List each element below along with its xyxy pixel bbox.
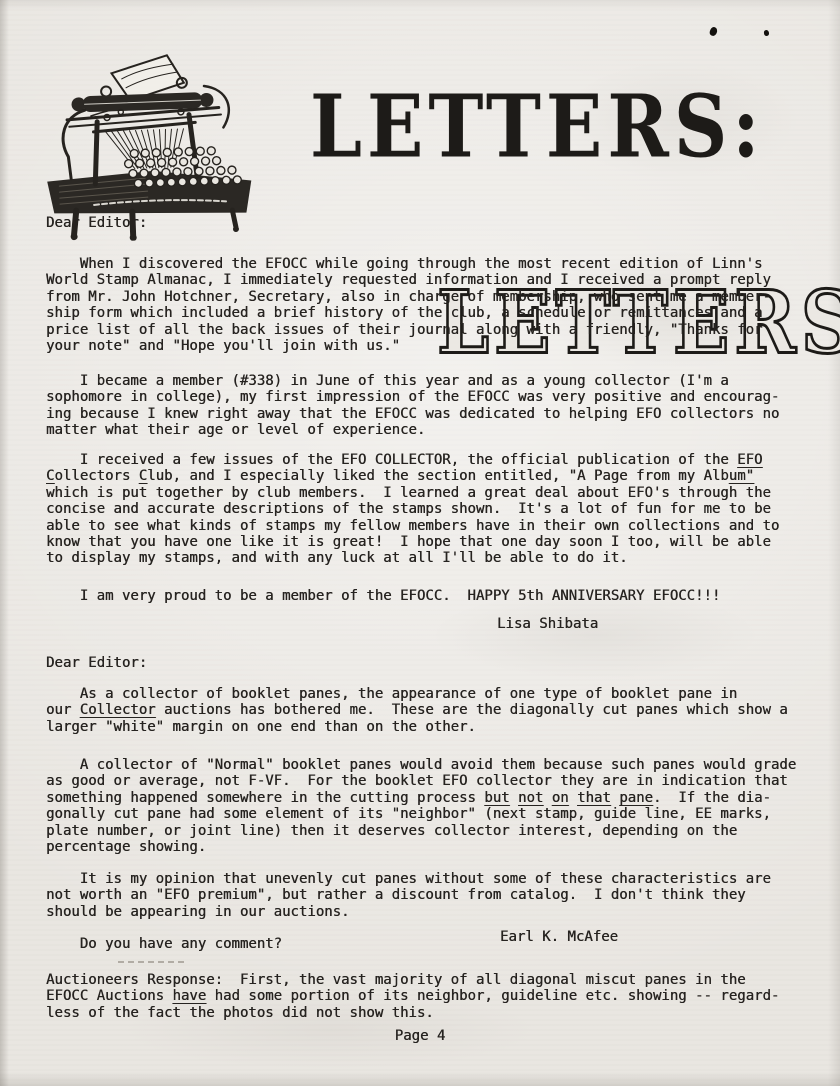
typed-line: ing because I knew right away that the E… xyxy=(46,406,779,422)
auctioneers-response: Auctioneers Response: First, the vast ma… xyxy=(46,972,779,1021)
paragraph: As a collector of booklet panes, the app… xyxy=(46,686,788,735)
ink-speck xyxy=(764,30,770,37)
typed-line: able to see what kinds of stamps my fell… xyxy=(46,518,779,534)
typed-line: our Collector auctions has bothered me. … xyxy=(46,702,788,718)
pencil-dash-mark xyxy=(118,961,184,963)
typed-line: not worth an "EFO premium", but rather a… xyxy=(46,887,771,903)
typed-line: should be appearing in our auctions. xyxy=(46,904,771,920)
typed-line: price list of all the back issues of the… xyxy=(46,322,771,338)
typed-line: to display my stamps, and with any luck … xyxy=(46,550,779,566)
typed-line: percentage showing. xyxy=(46,839,796,855)
typed-line: as good or average, not F-VF. For the bo… xyxy=(46,773,796,789)
paragraph: I became a member (#338) in June of this… xyxy=(46,373,779,439)
typed-line: your note" and "Hope you'll join with us… xyxy=(46,338,771,354)
salutation: Dear Editor: xyxy=(46,215,147,231)
paragraph: I am very proud to be a member of the EF… xyxy=(46,588,720,604)
scanned-newsletter-page: LETTERS: LETTERS: Dear Editor: When I di… xyxy=(0,0,840,1086)
typed-line: EFOCC Auctions have had some portion of … xyxy=(46,988,779,1004)
typed-line: Auctioneers Response: First, the vast ma… xyxy=(46,972,779,988)
typed-line: which is put together by club members. I… xyxy=(46,485,779,501)
typed-line: It is my opinion that unevenly cut panes… xyxy=(46,871,771,887)
typed-line: know that you have one like it is great!… xyxy=(46,534,779,550)
page-title-shadow: LETTERS: xyxy=(310,77,765,177)
paragraph: It is my opinion that unevenly cut panes… xyxy=(46,871,771,920)
typed-line: concise and accurate descriptions of the… xyxy=(46,501,779,517)
question-line: Do you have any comment? xyxy=(46,936,282,952)
typed-line: gonally cut pane had some element of its… xyxy=(46,806,796,822)
typed-line: plate number, or joint line) then it des… xyxy=(46,823,796,839)
typed-line: A collector of "Normal" booklet panes wo… xyxy=(46,757,796,773)
typed-line: ship form which included a brief history… xyxy=(46,305,771,321)
typed-line: I received a few issues of the EFO COLLE… xyxy=(46,452,779,468)
typed-line: sophomore in college), my first impressi… xyxy=(46,389,779,405)
typed-line: I became a member (#338) in June of this… xyxy=(46,373,779,389)
typed-line: World Stamp Almanac, I immediately reque… xyxy=(46,272,771,288)
page-number: Page 4 xyxy=(0,1028,840,1044)
typed-line: I am very proud to be a member of the EF… xyxy=(46,588,720,604)
typed-line: from Mr. John Hotchner, Secretary, also … xyxy=(46,289,771,305)
typed-line: larger "white" margin on one end than on… xyxy=(46,719,788,735)
salutation: Dear Editor: xyxy=(46,655,147,671)
signature: Earl K. McAfee xyxy=(500,929,618,945)
paragraph: A collector of "Normal" booklet panes wo… xyxy=(46,757,796,855)
paragraph: When I discovered the EFOCC while going … xyxy=(46,256,771,354)
page-title: LETTERS: LETTERS: xyxy=(314,74,840,202)
typed-line: When I discovered the EFOCC while going … xyxy=(46,256,771,272)
typed-line: As a collector of booklet panes, the app… xyxy=(46,686,788,702)
typed-line: matter what their age or level of experi… xyxy=(46,422,779,438)
ink-speck xyxy=(708,26,718,37)
typed-line: less of the fact the photos did not show… xyxy=(46,1005,779,1021)
signature: Lisa Shibata xyxy=(497,616,598,632)
typed-line: Collectors Club, and I especially liked … xyxy=(46,468,779,484)
paragraph: I received a few issues of the EFO COLLE… xyxy=(46,452,779,567)
typed-line: something happened somewhere in the cutt… xyxy=(46,790,796,806)
